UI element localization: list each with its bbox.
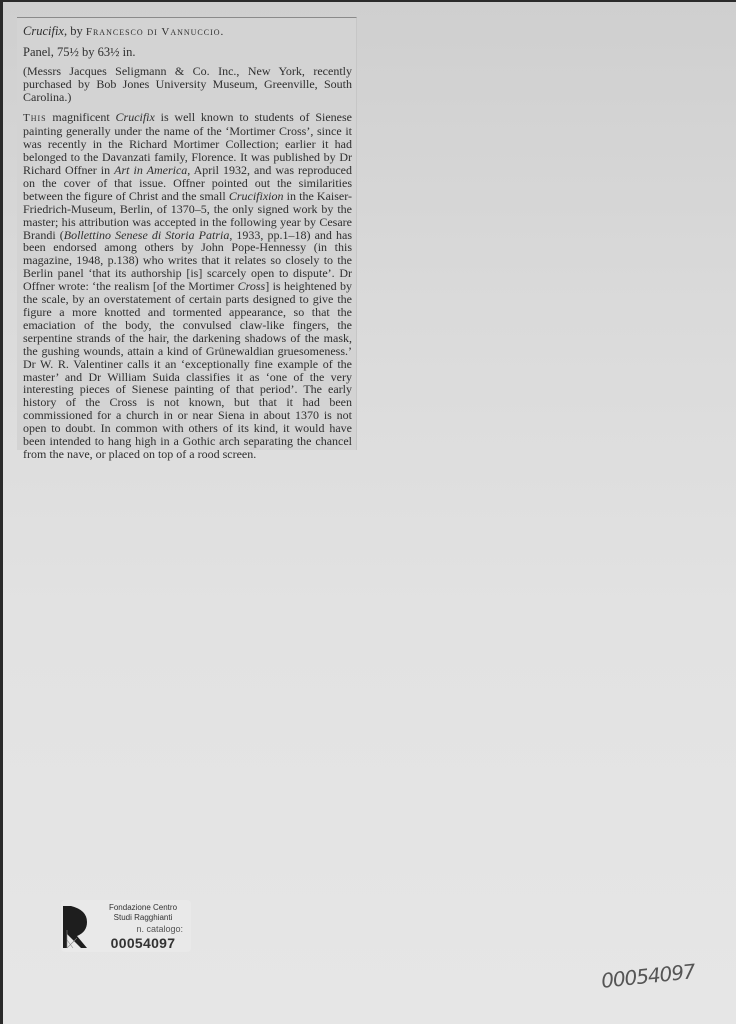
artist-name: Francesco di Vannuccio. xyxy=(86,26,224,38)
stamp-org-line1: Fondazione Centro xyxy=(97,903,189,913)
stamp-catalog-label: n. catalogo: xyxy=(97,923,189,935)
stamp-catalog-number: 00054097 xyxy=(97,935,189,951)
archive-sheet: Crucifix, by Francesco di Vannuccio. Pan… xyxy=(3,2,736,1024)
description-paragraph: This magnificent Crucifix is well known … xyxy=(23,111,352,460)
handwritten-catalog-number: 00054097 xyxy=(600,959,696,993)
stamp-org-line2: Studi Ragghianti xyxy=(97,913,189,923)
provenance-note: (Messrs Jacques Seligmann & Co. Inc., Ne… xyxy=(23,65,352,103)
artwork-title: Crucifix xyxy=(23,24,64,38)
catalog-stamp: Fondazione Centro Studi Ragghianti n. ca… xyxy=(61,900,191,952)
artwork-title-line: Crucifix, by Francesco di Vannuccio. xyxy=(23,23,352,40)
raggianti-logo-icon xyxy=(61,904,89,950)
artwork-dimensions: Panel, 75½ by 63½ in. xyxy=(23,44,352,60)
catalog-clipping: Crucifix, by Francesco di Vannuccio. Pan… xyxy=(17,17,357,450)
